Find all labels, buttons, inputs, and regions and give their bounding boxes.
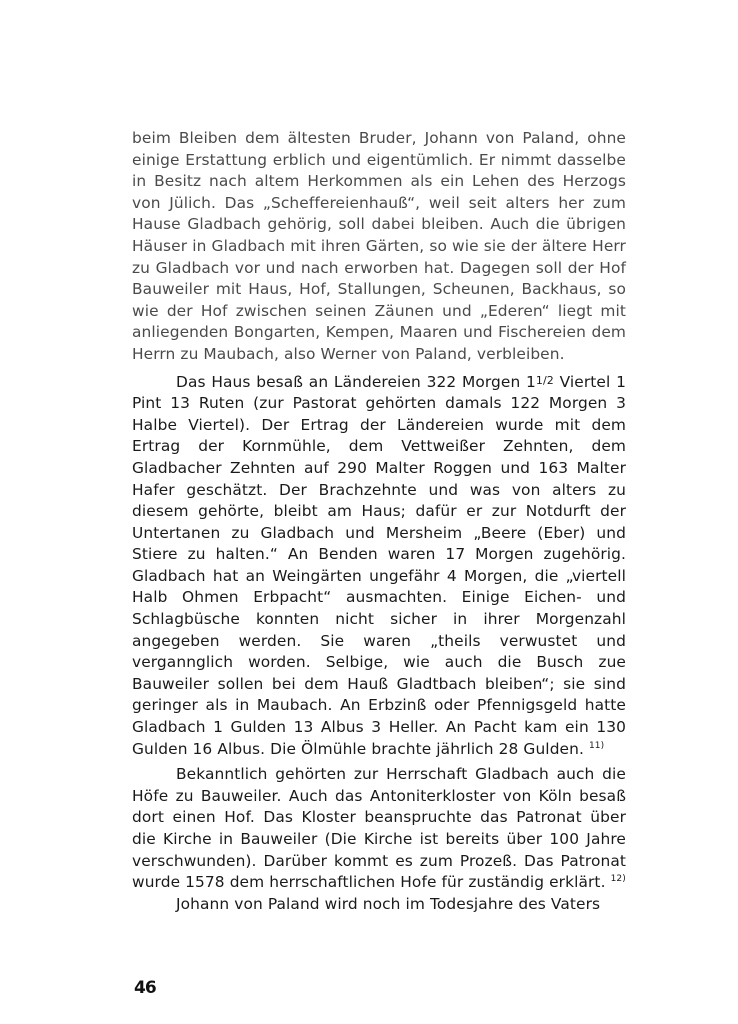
paragraph-estate-lands: Das Haus besaß an Ländereien 322 Morgen … — [132, 370, 626, 761]
paragraph-text: Bekanntlich gehörten zur Herrschaft Glad… — [132, 765, 626, 891]
footnote-marker[interactable]: 11) — [589, 741, 604, 751]
paragraph-text: beim Bleiben dem ältesten Bruder, Johann… — [132, 129, 626, 363]
fraction: 1/2 — [536, 374, 554, 387]
paragraph-johann: Johann von Paland wird noch im Todesjahr… — [132, 894, 626, 916]
paragraph-bauweiler-courts: Bekanntlich gehörten zur Herrschaft Glad… — [132, 764, 626, 894]
page-number: 46 — [134, 978, 156, 998]
paragraph-inheritance: beim Bleiben dem ältesten Bruder, Johann… — [132, 128, 626, 366]
footnote-marker[interactable]: 12) — [611, 874, 626, 884]
body-text: beim Bleiben dem ältesten Bruder, Johann… — [132, 128, 626, 915]
paragraph-text-part: Das Haus besaß an Ländereien 322 Morgen … — [176, 373, 536, 391]
paragraph-text: Johann von Paland wird noch im Todesjahr… — [176, 895, 600, 913]
document-page: beim Bleiben dem ältesten Bruder, Johann… — [0, 0, 738, 1024]
paragraph-text-part: Viertel 1 Pint 13 Ruten (zur Pastorat ge… — [132, 373, 626, 758]
